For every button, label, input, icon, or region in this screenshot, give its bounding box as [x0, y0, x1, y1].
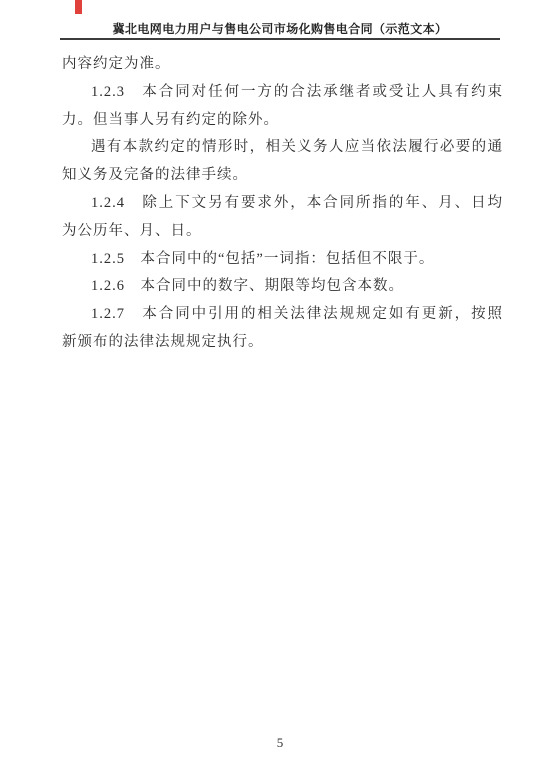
- contract-text-line: 遇有本款约定的情形时，相关义务人应当依法履行必要的通: [62, 134, 503, 162]
- red-accent-marker: [75, 0, 82, 14]
- contract-text-line: 知义务及完备的法律手续。: [62, 162, 503, 190]
- contract-text-line: 内容约定为准。: [62, 51, 503, 79]
- contract-text-line: 1.2.4 除上下文另有要求外，本合同所指的年、月、日均: [62, 190, 503, 218]
- contract-text-line: 1.2.5 本合同中的“包括”一词指：包括但不限于。: [62, 246, 503, 274]
- contract-body: 内容约定为准。 1.2.3 本合同对任何一方的合法承继者或受让人具有约束 力。但…: [62, 51, 503, 357]
- page-footer: 5: [0, 734, 560, 752]
- contract-text-line: 力。但当事人另有约定的除外。: [62, 107, 503, 135]
- page-header: 冀北电网电力用户与售电公司市场化购售电合同（示范文本）: [0, 20, 560, 38]
- contract-text-line: 1.2.3 本合同对任何一方的合法承继者或受让人具有约束: [62, 79, 503, 107]
- header-divider: [60, 38, 500, 40]
- contract-text-line: 为公历年、月、日。: [62, 218, 503, 246]
- page-title: 冀北电网电力用户与售电公司市场化购售电合同（示范文本）: [113, 21, 448, 37]
- contract-text-line: 新颁布的法律法规规定执行。: [62, 329, 503, 357]
- contract-text-line: 1.2.7 本合同中引用的相关法律法规规定如有更新，按照: [62, 301, 503, 329]
- page-number: 5: [277, 735, 284, 750]
- contract-text-line: 1.2.6 本合同中的数字、期限等均包含本数。: [62, 273, 503, 301]
- document-page: 冀北电网电力用户与售电公司市场化购售电合同（示范文本） 内容约定为准。 1.2.…: [0, 0, 560, 780]
